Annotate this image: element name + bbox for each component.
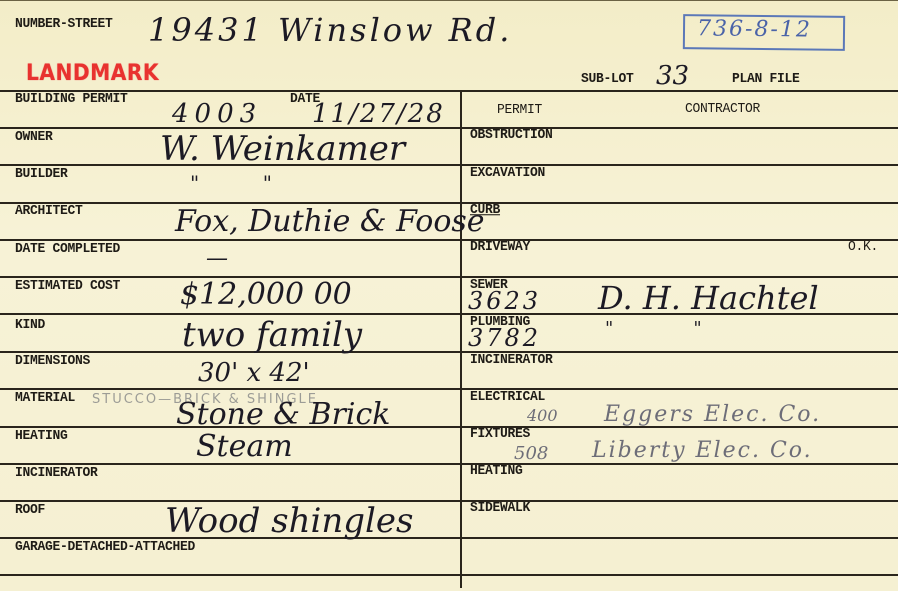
label-driveway: DRIVEWAY [470,239,530,255]
value-builder: " " [190,171,272,195]
label-incinerator-permit: INCINERATOR [470,352,553,368]
value-date: 11/27/28 [312,99,445,129]
label-roof: ROOF [15,502,45,518]
sub-lot-value: 33 [656,61,689,91]
value-dimensions: 30' x 42' [198,358,310,388]
landmark-stamp: LANDMARK [26,61,159,86]
permit-sewer: 3623 [468,287,541,315]
contractor-column-header: CONTRACTOR [685,101,760,117]
label-obstruction: OBSTRUCTION [470,127,553,143]
value-date-completed: — [206,246,228,271]
label-date-completed: DATE COMPLETED [15,241,120,257]
value-roof: Wood shingles [165,501,413,541]
plan-file-label: PLAN FILE [732,71,800,87]
label-electrical: ELECTRICAL [470,389,545,405]
contractor-sewer: D. H. Hachtel [598,279,819,317]
label-curb: CURB [470,202,500,218]
label-owner: OWNER [15,129,53,145]
label-material: MATERIAL [15,390,75,406]
label-estimated-cost: ESTIMATED COST [15,278,120,294]
permit-column-header: PERMIT [497,102,542,118]
value-architect: Fox, Duthie & Foose [175,204,485,239]
value-kind: two family [182,315,362,355]
value-estimated-cost: $12,000 00 [180,277,352,312]
file-number: 736-8-12 [697,16,812,42]
label-incinerator: INCINERATOR [15,465,98,481]
label-building-permit: BUILDING PERMIT [15,91,128,107]
address-value: 19431 Winslow Rd. [148,11,512,49]
label-sidewalk: SIDEWALK [470,500,530,516]
permit-plumbing: 3782 [468,324,541,352]
contractor-plumbing: " " [605,318,702,339]
label-excavation: EXCAVATION [470,165,545,181]
label-dimensions: DIMENSIONS [15,353,90,369]
permit-fixtures: 508 [514,443,548,464]
contractor-electrical: Eggers Elec. Co. [604,402,821,427]
value-owner: W. Weinkamer [160,129,405,169]
contractor-fixtures: Liberty Elec. Co. [592,438,813,463]
label-architect: ARCHITECT [15,203,83,219]
permit-electrical: 400 [527,406,558,425]
label-builder: BUILDER [15,166,68,182]
label-kind: KIND [15,317,45,333]
label-garage: GARAGE-DETACHED-ATTACHED [15,539,195,555]
label-fixtures: FIXTURES [470,426,530,442]
file-number-box: 736-8-12 [683,14,845,51]
number-street-label: NUMBER-STREET [15,16,113,32]
value-heating: Steam [196,429,293,464]
value-material: Stone & Brick [176,397,390,432]
label-heating: HEATING [15,428,68,444]
label-heating-permit: HEATING [470,463,523,479]
building-permit-card: NUMBER-STREET 19431 Winslow Rd. 736-8-12… [0,0,898,591]
sub-lot-label: SUB-LOT [581,71,634,87]
driveway-note: O.K. [848,239,878,255]
value-building-permit: 4003 [172,99,262,129]
